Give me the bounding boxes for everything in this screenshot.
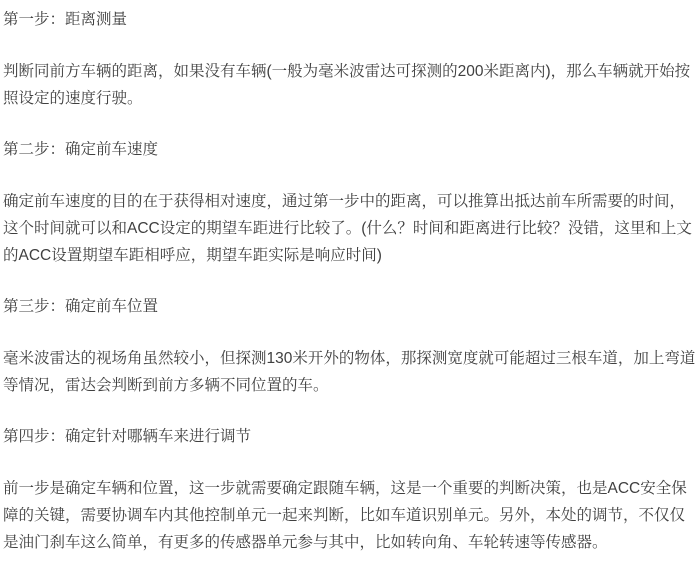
acc-steps-article: 第一步：距离测量 判断同前方车辆的距离，如果没有车辆(一般为毫米波雷达可探测的2…	[0, 0, 700, 556]
step-2-heading: 第二步：确定前车速度	[3, 136, 696, 163]
step-3-paragraph: 毫米波雷达的视场角虽然较小，但探测130米开外的物体，那探测宽度就可能超过三根车…	[3, 345, 696, 399]
step-3-heading: 第三步：确定前车位置	[3, 293, 696, 320]
step-1-heading: 第一步：距离测量	[3, 6, 696, 33]
step-3-section: 第三步：确定前车位置 毫米波雷达的视场角虽然较小，但探测130米开外的物体，那探…	[3, 293, 696, 399]
step-2-section: 第二步：确定前车速度 确定前车速度的目的在于获得相对速度，通过第一步中的距离，可…	[3, 136, 696, 269]
step-4-paragraph: 前一步是确定车辆和位置，这一步就需要确定跟随车辆，这是一个重要的判断决策，也是A…	[3, 475, 696, 556]
step-2-paragraph: 确定前车速度的目的在于获得相对速度，通过第一步中的距离，可以推算出抵达前车所需要…	[3, 188, 696, 269]
step-1-paragraph: 判断同前方车辆的距离，如果没有车辆(一般为毫米波雷达可探测的200米距离内)，那…	[3, 58, 696, 112]
step-4-heading: 第四步：确定针对哪辆车来进行调节	[3, 423, 696, 450]
step-1-section: 第一步：距离测量 判断同前方车辆的距离，如果没有车辆(一般为毫米波雷达可探测的2…	[3, 6, 696, 112]
step-4-section: 第四步：确定针对哪辆车来进行调节 前一步是确定车辆和位置，这一步就需要确定跟随车…	[3, 423, 696, 556]
